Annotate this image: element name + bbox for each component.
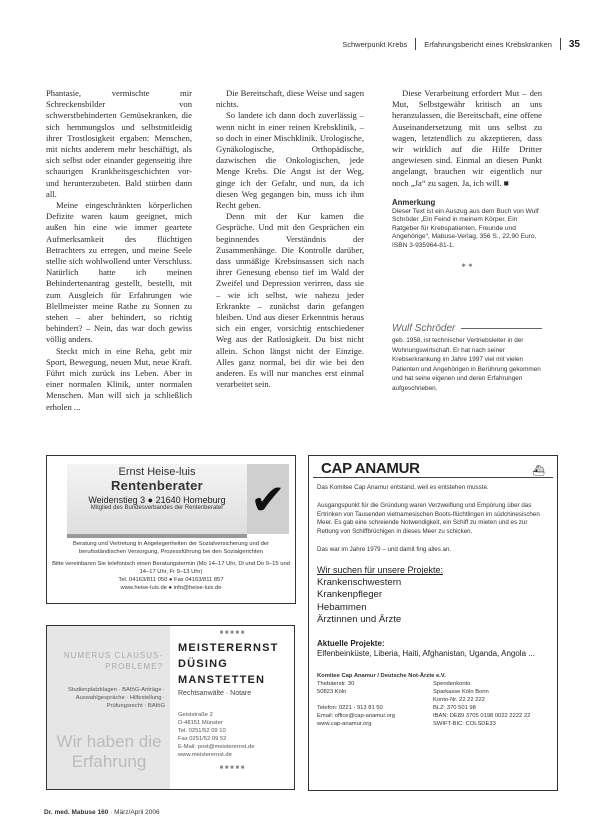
paragraph: Die Bereitschaft, diese Weise und sagen …	[216, 88, 364, 110]
ad-since: Das war im Jahre 1979 – und damit fing a…	[309, 546, 557, 554]
street: Thebäerstr. 30	[317, 680, 433, 688]
ad-title: MEISTERERNST DÜSING MANSTETTEN	[170, 640, 294, 688]
paragraph: Denn mit der Kur kamen die Gespräche. Un…	[216, 211, 364, 390]
ad-membership: Mitglied des Bundesverbandes der Rentenb…	[67, 505, 247, 511]
ad-title-line: MEISTERERNST	[178, 640, 294, 656]
contact-line: Tel. 0251/52 09 10	[178, 727, 294, 735]
ad-name: Ernst Heise-luis	[67, 466, 247, 478]
ad-web-link[interactable]: www.heise-luis.de ● info@heise-luis.de	[51, 584, 291, 592]
ad-title-line: NUMERUS CLAUSUS-	[47, 650, 163, 661]
paragraph: Phantasie, vermischte mir Schreckensbild…	[46, 88, 192, 200]
paragraph: Meine eingeschränkten körperlichen Defiz…	[46, 200, 192, 346]
job-item: Krankenschwestern	[317, 577, 549, 590]
ad-slogan-line: Wir haben die	[47, 732, 171, 752]
ad-title: NUMERUS CLAUSUS- PROBLEME?	[47, 650, 171, 672]
job-item: Krankenpfleger	[317, 589, 549, 602]
page-number: 35	[569, 39, 580, 50]
ship-icon: ⛴	[532, 466, 545, 477]
ad-title-line: MANSTETTEN	[178, 672, 294, 688]
blz: BLZ: 370 501 98	[433, 704, 549, 712]
author-name-row: Wulf Schröder	[392, 323, 542, 334]
article-label: Erfahrungsbericht eines Krebskranken	[424, 40, 552, 49]
ad-appointment: Bitte vereinbaren Sie telefonisch einen …	[51, 560, 291, 576]
ad-header: CAP ANAMUR ⛴	[313, 456, 553, 478]
ad-title: CAP ANAMUR	[321, 460, 420, 477]
ad-title: Rentenberater	[67, 478, 247, 493]
ad-lead: Das Komitee Cap Anamur entstand, weil es…	[309, 484, 557, 492]
ad-phone: Tel. 04163/811 050 ● Fax 04163/811 857	[51, 576, 291, 584]
note-text: Dieser Text ist ein Auszug aus dem Buch …	[392, 208, 542, 250]
divider	[461, 328, 542, 329]
author-box: Wulf Schröder geb. 1958, ist technischer…	[392, 323, 542, 394]
author-name: Wulf Schröder	[392, 323, 455, 334]
iban: IBAN: DE89 3705 0198 0022 2222 22	[433, 712, 549, 720]
email-link[interactable]: Email: office@cap-anamur.org	[317, 712, 433, 720]
article-column-3: Diese Verarbeitung erfordert Mut – den M…	[392, 88, 542, 273]
section-label: Schwerpunkt Krebs	[342, 40, 407, 49]
divider	[560, 38, 561, 50]
ad-rentenberater: Ernst Heise-luis Rentenberater Weidensti…	[46, 455, 296, 604]
ad-title-line: PROBLEME?	[47, 661, 163, 672]
bank-label: Spendenkonto	[433, 680, 549, 688]
paragraph: So landete ich dann doch zuverlässig – w…	[216, 110, 364, 211]
ad-numerus-clausus: NUMERUS CLAUSUS- PROBLEME? Studienplatzk…	[46, 625, 171, 790]
checkmark-icon: ✔	[247, 464, 289, 534]
ad-paragraph: Ausgangspunkt für die Gründung waren Ver…	[309, 502, 557, 536]
job-list-intro: Wir suchen für unsere Projekte:	[317, 564, 549, 577]
ad-slogan: Wir haben die Erfahrung	[47, 732, 171, 772]
stars-ornament: * *	[392, 262, 542, 273]
city: 50823 Köln	[317, 688, 433, 696]
paragraph: Steckt mich in eine Reha, gebt mir Sport…	[46, 346, 192, 413]
phone: Telefon: 0221 - 913 81 50	[317, 704, 433, 712]
bank-name: Sparkasse Köln Bonn	[433, 688, 549, 696]
journal-name: Dr. med. Mabuse 160	[44, 809, 108, 816]
projects-list: Elfenbeinküste, Liberia, Haiti, Afghanis…	[317, 649, 549, 660]
job-list: Wir suchen für unsere Projekte: Krankens…	[309, 564, 557, 627]
job-item: Ärztinnen und Ärzte	[317, 614, 549, 627]
ad-body: Beratung und Vertretung in Angelegenheit…	[51, 540, 291, 592]
article-column-2: Die Bereitschaft, diese Weise und sagen …	[216, 88, 364, 390]
ad-slogan-line: Erfahrung	[47, 752, 171, 772]
contact-web-link[interactable]: www.meisterernst.de	[178, 751, 294, 759]
projects: Aktuelle Projekte: Elfenbeinküste, Liber…	[309, 639, 557, 660]
paragraph: Diese Verarbeitung erfordert Mut – den M…	[392, 88, 542, 189]
issue-date: · März/April 2006	[108, 809, 159, 816]
ad-contact: Geiststraße 2 D-48151 Münster Tel. 0251/…	[170, 711, 294, 759]
projects-label: Aktuelle Projekte:	[317, 639, 549, 650]
org-name: Komitee Cap Anamur / Deutsche Not-Ärzte …	[317, 672, 549, 680]
ad-law-firm: ■ ■ ■ ■ ■ MEISTERERNST DÜSING MANSTETTEN…	[170, 625, 295, 790]
contact-line: D-48151 Münster	[178, 719, 294, 727]
job-item: Hebammen	[317, 602, 549, 615]
account-number: Konto-Nr. 22 22 222	[433, 696, 549, 704]
ad-body: Studienplatzklagen · BAföG-Anträge · Aus…	[47, 686, 171, 710]
ad-subtitle: Rechtsanwälte · Notare	[170, 690, 294, 697]
ad-services: Beratung und Vertretung in Angelegenheit…	[51, 540, 291, 556]
note-title: Anmerkung	[392, 197, 542, 208]
swift: SWIFT-BIC: COLSDE33	[433, 720, 549, 728]
decorative-squares: ■ ■ ■ ■ ■	[170, 759, 294, 771]
page-header: Schwerpunkt Krebs Erfahrungsbericht eine…	[342, 38, 580, 50]
ad-title-line: DÜSING	[178, 656, 294, 672]
divider	[415, 38, 416, 50]
contact-email[interactable]: E-Mail: post@meisterernst.de	[178, 743, 294, 751]
ad-contact: Komitee Cap Anamur / Deutsche Not-Ärzte …	[309, 672, 557, 728]
web-link[interactable]: www.cap-anamur.org	[317, 720, 433, 728]
decorative-squares: ■ ■ ■ ■ ■	[170, 626, 294, 636]
ad-cap-anamur: CAP ANAMUR ⛴ Das Komitee Cap Anamur ents…	[308, 455, 558, 791]
contact-line: Fax 0251/52 09 52	[178, 735, 294, 743]
ad-banner: Ernst Heise-luis Rentenberater Weidensti…	[67, 464, 247, 538]
ad-address: Weidenstieg 3 ● 21640 Horneburg	[67, 495, 247, 505]
author-bio: geb. 1958, ist technischer Vertriebsleit…	[392, 336, 542, 394]
page-footer: Dr. med. Mabuse 160 · März/April 2006	[44, 809, 160, 816]
article-column-1: Phantasie, vermischte mir Schreckensbild…	[46, 88, 192, 413]
contact-line: Geiststraße 2	[178, 711, 294, 719]
